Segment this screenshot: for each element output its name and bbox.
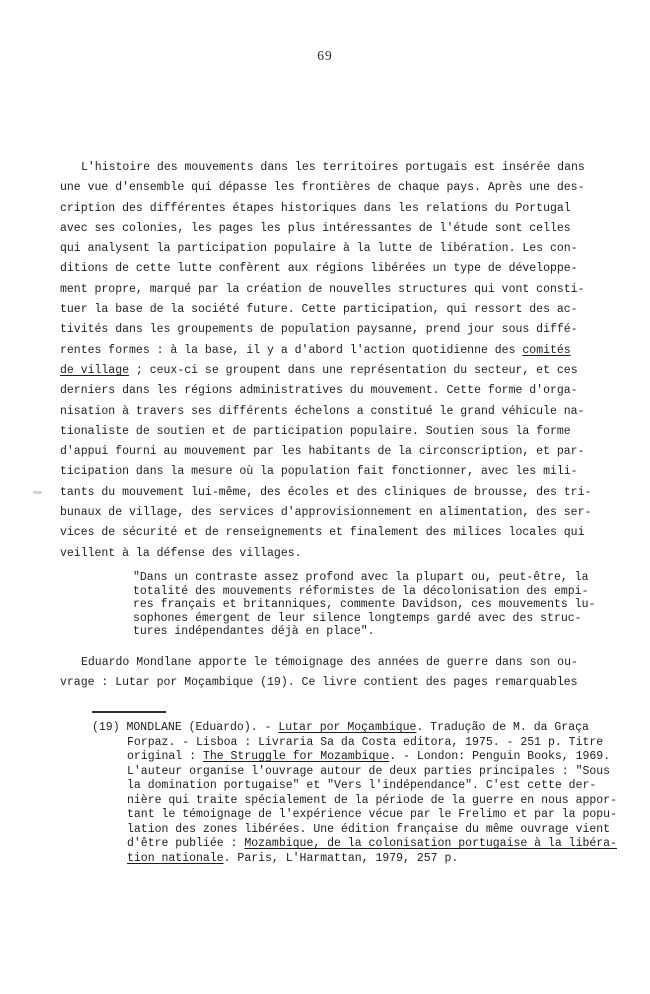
text-line: cription des différentes étapes historiq… xyxy=(60,199,608,219)
text-line: rentes formes : à la base, il y a d'abor… xyxy=(60,341,608,361)
text-line: tionaliste de soutien et de participatio… xyxy=(60,422,608,442)
text-line: nisation à travers ses différents échelo… xyxy=(60,402,608,422)
text-line: d'être publiée : Mozambique, de la colon… xyxy=(92,837,604,852)
text-line: d'appui fourni au mouvement par les habi… xyxy=(60,442,608,462)
text-line: tant le témoignage de l'expérience vécue… xyxy=(92,808,604,823)
text-line: ticipation dans la mesure où la populati… xyxy=(60,462,608,482)
text-line: de village ; ceux-ci se groupent dans un… xyxy=(60,361,608,381)
text-line: qui analysent la participation populaire… xyxy=(60,239,608,259)
footnote-19: (19) MONDLANE (Eduardo). - Lutar por Moç… xyxy=(92,721,604,866)
text-line: Eduardo Mondlane apporte le témoignage d… xyxy=(60,653,608,673)
text-line: (19) MONDLANE (Eduardo). - Lutar por Moç… xyxy=(92,721,604,736)
text-line: L'auteur organise l'ouvrage autour de de… xyxy=(92,765,604,780)
blockquote-davidson: "Dans un contraste assez profond avec la… xyxy=(133,571,605,639)
text-line: tures indépendantes déjà en place". xyxy=(133,625,605,639)
footnote-separator xyxy=(92,711,166,713)
text-line: res français et britanniques, commente D… xyxy=(133,598,605,612)
text-line: veillent à la défense des villages. xyxy=(60,544,608,564)
text-line: derniers dans les régions administrative… xyxy=(60,381,608,401)
text-line: vrage : Lutar por Moçambique (19). Ce li… xyxy=(60,673,608,693)
text-line: tants du mouvement lui-même, des écoles … xyxy=(60,483,608,503)
text-line: L'histoire des mouvements dans les terri… xyxy=(60,158,608,178)
scan-artifact-mark xyxy=(33,491,42,494)
text-line: tion nationale. Paris, L'Harmattan, 1979… xyxy=(92,852,604,867)
page-number: 69 xyxy=(0,48,650,64)
text-line: ditions de cette lutte confèrent aux rég… xyxy=(60,259,608,279)
text-line: avec ses colonies, les pages les plus in… xyxy=(60,219,608,239)
text-line: Forpaz. - Lisboa : Livraria Sa da Costa … xyxy=(92,736,604,751)
text-line: tuer la base de la société future. Cette… xyxy=(60,300,608,320)
text-line: original : The Struggle for Mozambique. … xyxy=(92,750,604,765)
paragraph-mondlane: Eduardo Mondlane apporte le témoignage d… xyxy=(60,653,608,694)
text-line: lation des zones libérées. Une édition f… xyxy=(92,823,604,838)
paragraph-liberation-struggle: L'histoire des mouvements dans les terri… xyxy=(60,158,608,564)
text-line: bunaux de village, des services d'approv… xyxy=(60,503,608,523)
text-line: totalité des mouvements réformistes de l… xyxy=(133,585,605,599)
text-line: nière qui traite spécialement de la péri… xyxy=(92,794,604,809)
text-line: tivités dans les groupements de populati… xyxy=(60,320,608,340)
text-line: sophones émergent de leur silence longte… xyxy=(133,612,605,626)
text-line: une vue d'ensemble qui dépasse les front… xyxy=(60,178,608,198)
text-line: ment propre, marqué par la création de n… xyxy=(60,280,608,300)
text-line: "Dans un contraste assez profond avec la… xyxy=(133,571,605,585)
text-line: vices de sécurité et de renseignements e… xyxy=(60,523,608,543)
text-line: la domination portugaise" et "Vers l'ind… xyxy=(92,779,604,794)
document-page: 69 L'histoire des mouvements dans les te… xyxy=(0,0,650,994)
